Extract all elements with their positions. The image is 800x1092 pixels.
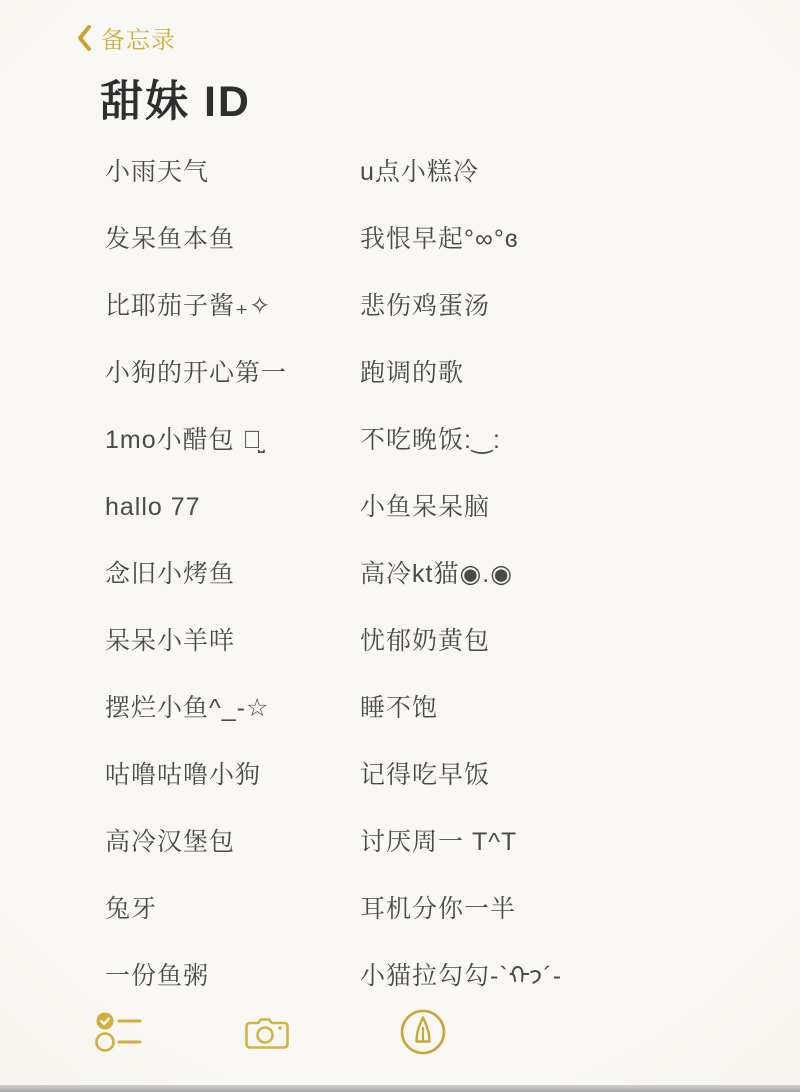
- id-row: 高冷汉堡包 讨厌周一 T^T: [105, 827, 770, 857]
- note-body[interactable]: 小雨天气 u点小糕冷 发呆鱼本鱼 我恨早起°∞°ɞ 比耶茄子酱₊✧ 悲伤鸡蛋汤 …: [105, 157, 770, 991]
- id-item[interactable]: 小狗的开心第一: [105, 358, 360, 388]
- id-row: 兔牙 耳机分你一半: [105, 894, 770, 924]
- back-button-label: 备忘录: [101, 20, 176, 55]
- id-item[interactable]: 忧郁奶黄包: [360, 626, 770, 656]
- id-item[interactable]: 一份鱼粥: [105, 961, 360, 991]
- id-item[interactable]: 小鱼呆呆脑: [360, 492, 770, 522]
- id-item[interactable]: 小猫拉勾勾-`ᡣ𐭩´-: [360, 961, 770, 991]
- id-item[interactable]: 不吃晚饭:‿:: [360, 425, 770, 455]
- id-item[interactable]: 小雨天气: [105, 157, 360, 187]
- id-row: 1mo小醋包 ꪔ̤̮ 不吃晚饭:‿:: [105, 425, 770, 455]
- id-item[interactable]: 高冷kt猫◉.◉: [360, 559, 770, 589]
- id-item[interactable]: 耳机分你一半: [360, 894, 770, 924]
- id-row: 发呆鱼本鱼 我恨早起°∞°ɞ: [105, 224, 770, 254]
- id-item[interactable]: 记得吃早饭: [360, 760, 770, 790]
- id-item[interactable]: 悲伤鸡蛋汤: [360, 291, 770, 321]
- id-row: 咕噜咕噜小狗 记得吃早饭: [105, 760, 770, 790]
- id-row: hallo 77 小鱼呆呆脑: [105, 492, 770, 522]
- note-title[interactable]: 甜妹 ID: [100, 68, 251, 129]
- id-item[interactable]: 讨厌周一 T^T: [360, 827, 770, 857]
- back-button[interactable]: 备忘录: [76, 20, 176, 55]
- id-item[interactable]: 跑调的歌: [360, 358, 770, 388]
- notes-toolbar: [0, 1004, 800, 1064]
- id-item[interactable]: 高冷汉堡包: [105, 827, 360, 857]
- id-row: 小雨天气 u点小糕冷: [105, 157, 770, 187]
- bottom-edge-strip: [0, 1085, 800, 1092]
- id-row: 一份鱼粥 小猫拉勾勾-`ᡣ𐭩´-: [105, 961, 770, 991]
- id-row: 小狗的开心第一 跑调的歌: [105, 358, 770, 388]
- id-item[interactable]: 我恨早起°∞°ɞ: [360, 224, 770, 254]
- markup-pen-icon[interactable]: [399, 1008, 447, 1056]
- camera-icon[interactable]: [245, 1016, 289, 1050]
- id-item[interactable]: hallo 77: [105, 492, 360, 522]
- id-row: 摆烂小鱼^_-☆ 睡不饱: [105, 693, 770, 723]
- id-item[interactable]: 咕噜咕噜小狗: [105, 760, 360, 790]
- id-item[interactable]: u点小糕冷: [360, 157, 770, 187]
- id-item[interactable]: 睡不饱: [360, 693, 770, 723]
- checklist-icon[interactable]: [94, 1010, 144, 1054]
- notes-app-screen: 备忘录 甜妹 ID 小雨天气 u点小糕冷 发呆鱼本鱼 我恨早起°∞°ɞ 比耶茄子…: [0, 0, 800, 1092]
- id-row: 呆呆小羊咩 忧郁奶黄包: [105, 626, 770, 656]
- id-item[interactable]: 1mo小醋包 ꪔ̤̮: [105, 425, 360, 455]
- id-row: 比耶茄子酱₊✧ 悲伤鸡蛋汤: [105, 291, 770, 321]
- back-chevron-icon: [76, 24, 92, 52]
- id-item[interactable]: 发呆鱼本鱼: [105, 224, 360, 254]
- id-item[interactable]: 比耶茄子酱₊✧: [105, 291, 360, 321]
- id-item[interactable]: 呆呆小羊咩: [105, 626, 360, 656]
- id-item[interactable]: 兔牙: [105, 894, 360, 924]
- id-item[interactable]: 摆烂小鱼^_-☆: [105, 693, 360, 723]
- id-item[interactable]: 念旧小烤鱼: [105, 559, 360, 589]
- id-row: 念旧小烤鱼 高冷kt猫◉.◉: [105, 559, 770, 589]
